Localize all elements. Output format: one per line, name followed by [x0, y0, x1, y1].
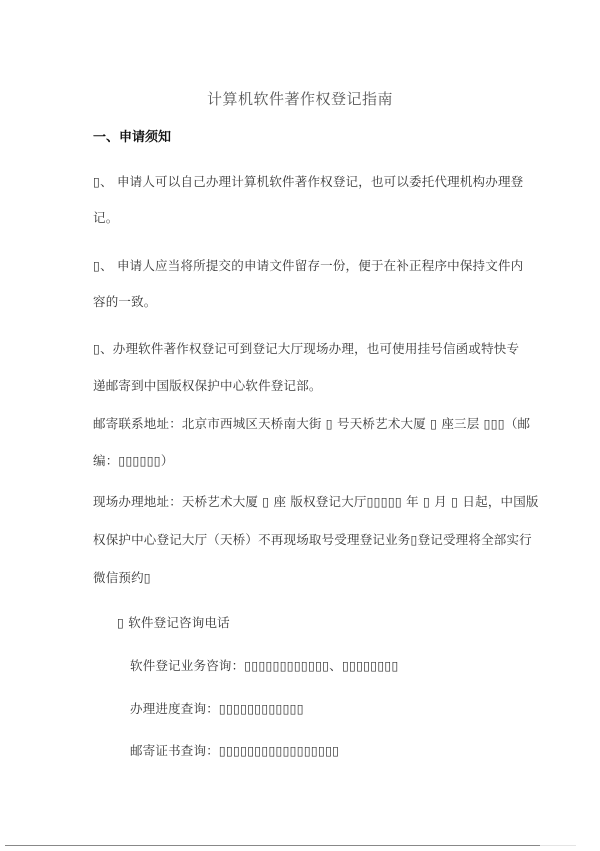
- phone-heading: ▯ 软件登记咨询电话: [117, 613, 230, 631]
- document-page: 计算机软件著作权登记指南 一、申请须知 ▯、 申请人可以自己办理计算机软件著作权…: [0, 0, 600, 851]
- item2-line1: ▯、 申请人应当将所提交的申请文件留存一份，便于在补正程序中保持文件内: [93, 256, 523, 274]
- item1-line2: 记。: [93, 208, 118, 226]
- onsite-address-line1: 现场办理地址：天桥艺术大厦 ▯ 座 版权登记大厅▯▯▯▯▯ 年 ▯ 月 ▯ 日起…: [93, 492, 539, 510]
- item3-line1: ▯、办理软件著作权登记可到登记大厅现场办理，也可使用挂号信函或特快专: [93, 339, 519, 357]
- mail-address-line1: 邮寄联系地址：北京市西城区天桥南大街 ▯ 号天桥艺术大厦 ▯ 座三层 ▯▯▯（邮: [93, 414, 530, 432]
- item1-line1: ▯、 申请人可以自己办理计算机软件著作权登记，也可以委托代理机构办理登: [93, 172, 523, 190]
- page-bottom-divider: [5, 845, 540, 846]
- item2-line2: 容的一致。: [93, 292, 157, 310]
- section-heading-application-notes: 一、申请须知: [93, 126, 171, 145]
- mail-address-line2: 编：▯▯▯▯▯▯）: [93, 451, 174, 469]
- page-bottom-divider-fade: [540, 845, 576, 846]
- progress-query-phone: 办理进度查询：▯▯▯▯▯▯▯▯▯▯▯▯: [130, 699, 304, 717]
- document-title: 计算机软件著作权登记指南: [0, 88, 600, 109]
- onsite-address-line2: 权保护中心登记大厅（天桥）不再现场取号受理登记业务▯登记受理将全部实行: [93, 530, 532, 548]
- onsite-address-line3: 微信预约▯: [93, 568, 151, 586]
- item3-line2: 递邮寄到中国版权保护中心软件登记部。: [93, 376, 322, 394]
- business-consult-phone: 软件登记业务咨询：▯▯▯▯▯▯▯▯▯▯▯▯、▯▯▯▯▯▯▯▯: [130, 656, 399, 674]
- certificate-mail-query-phone: 邮寄证书查询：▯▯▯▯▯▯▯▯▯▯▯▯▯▯▯▯▯: [130, 741, 339, 759]
